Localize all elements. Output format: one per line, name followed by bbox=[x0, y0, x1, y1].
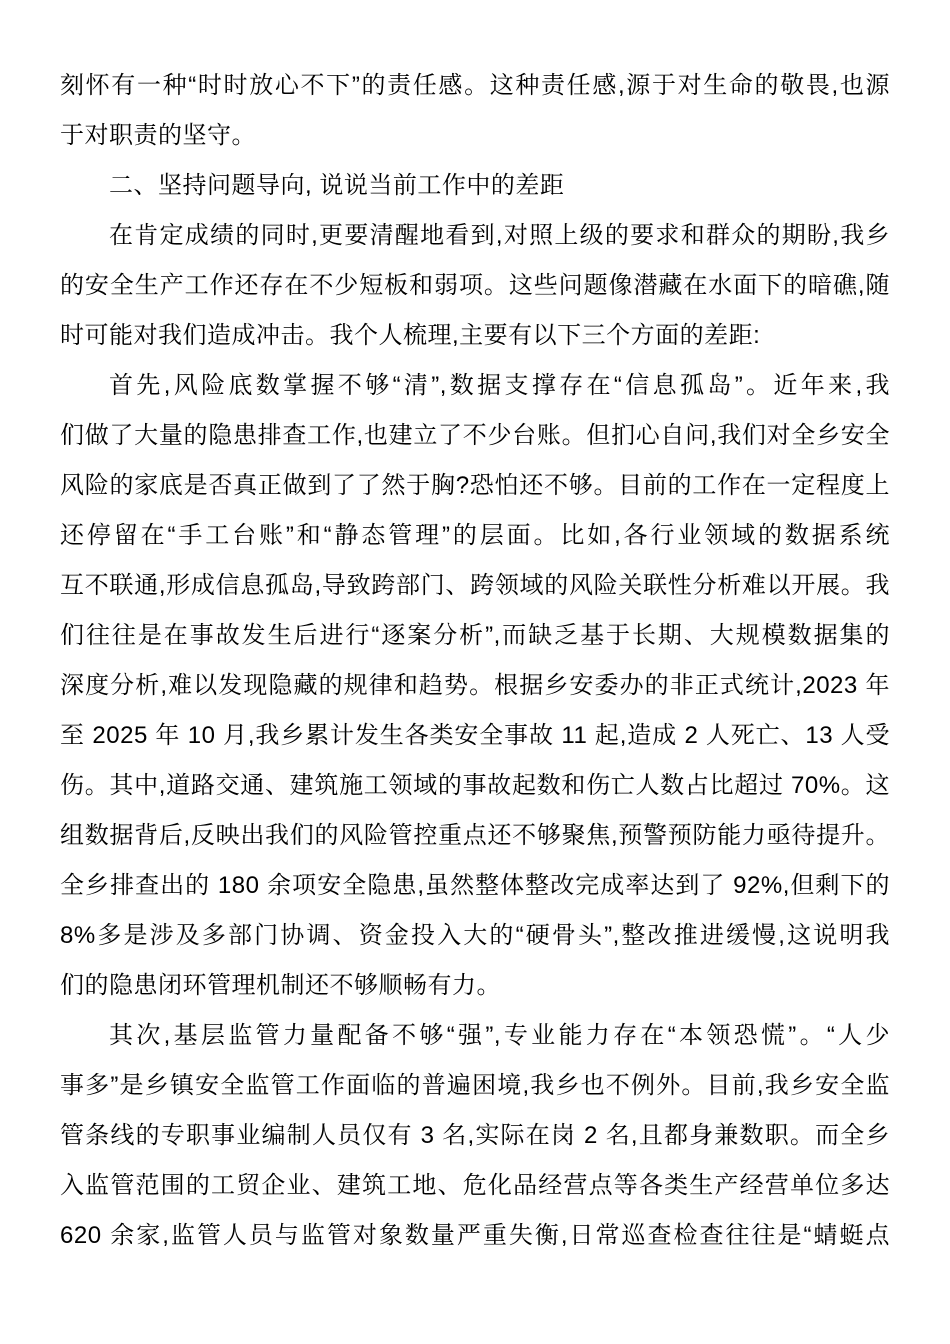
document-text-line: 伤。其中,道路交通、建筑施工领域的事故起数和伤亡人数占比超过 70%。这 bbox=[60, 761, 890, 811]
document-text-line: 互不联通,形成信息孤岛,导致跨部门、跨领域的风险关联性分析难以开展。我 bbox=[60, 561, 890, 611]
document-text-line: 们的隐患闭环管理机制还不够顺畅有力。 bbox=[60, 961, 890, 1011]
document-body: 刻怀有一种“时时放心不下”的责任感。这种责任感,源于对生命的敬畏,也源于对职责的… bbox=[60, 61, 890, 1261]
document-text-line: 时可能对我们造成冲击。我个人梳理,主要有以下三个方面的差距: bbox=[60, 311, 890, 361]
document-text-line: 620 余家,监管人员与监管对象数量严重失衡,日常巡查检查往往是“蜻蜓点 bbox=[60, 1211, 890, 1261]
document-text-line: 在肯定成绩的同时,更要清醒地看到,对照上级的要求和群众的期盼,我乡 bbox=[60, 211, 890, 261]
document-text-line: 其次,基层监管力量配备不够“强”,专业能力存在“本领恐慌”。“人少 bbox=[60, 1011, 890, 1061]
section-heading-line: 二、坚持问题导向, 说说当前工作中的差距 bbox=[60, 161, 890, 211]
document-text-line: 还停留在“手工台账”和“静态管理”的层面。比如,各行业领域的数据系统 bbox=[60, 511, 890, 561]
document-text-line: 全乡排查出的 180 余项安全隐患,虽然整体整改完成率达到了 92%,但剩下的 bbox=[60, 861, 890, 911]
document-text-line: 们往往是在事故发生后进行“逐案分析”,而缺乏基于长期、大规模数据集的 bbox=[60, 611, 890, 661]
document-text-line: 入监管范围的工贸企业、建筑工地、危化品经营点等各类生产经营单位多达 bbox=[60, 1161, 890, 1211]
document-text-line: 8%多是涉及多部门协调、资金投入大的“硬骨头”,整改推进缓慢,这说明我 bbox=[60, 911, 890, 961]
document-text-line: 刻怀有一种“时时放心不下”的责任感。这种责任感,源于对生命的敬畏,也源 bbox=[60, 61, 890, 111]
document-text-line: 首先,风险底数掌握不够“清”,数据支撑存在“信息孤岛”。近年来,我 bbox=[60, 361, 890, 411]
document-text-line: 管条线的专职事业编制人员仅有 3 名,实际在岗 2 名,且都身兼数职。而全乡纳 bbox=[60, 1111, 890, 1161]
document-text-line: 们做了大量的隐患排查工作,也建立了不少台账。但扪心自问,我们对全乡安全 bbox=[60, 411, 890, 461]
document-text-line: 于对职责的坚守。 bbox=[60, 111, 890, 161]
document-text-line: 组数据背后,反映出我们的风险管控重点还不够聚焦,预警预防能力亟待提升。 bbox=[60, 811, 890, 861]
document-page: 刻怀有一种“时时放心不下”的责任感。这种责任感,源于对生命的敬畏,也源于对职责的… bbox=[0, 0, 950, 1344]
document-text-line: 的安全生产工作还存在不少短板和弱项。这些问题像潜藏在水面下的暗礁,随 bbox=[60, 261, 890, 311]
document-text-line: 事多”是乡镇安全监管工作面临的普遍困境,我乡也不例外。目前,我乡安全监 bbox=[60, 1061, 890, 1111]
document-text-line: 至 2025 年 10 月,我乡累计发生各类安全事故 11 起,造成 2 人死亡… bbox=[60, 711, 890, 761]
document-text-line: 风险的家底是否真正做到了了然于胸?恐怕还不够。目前的工作在一定程度上 bbox=[60, 461, 890, 511]
document-text-line: 深度分析,难以发现隐藏的规律和趋势。根据乡安委办的非正式统计,2023 年 bbox=[60, 661, 890, 711]
